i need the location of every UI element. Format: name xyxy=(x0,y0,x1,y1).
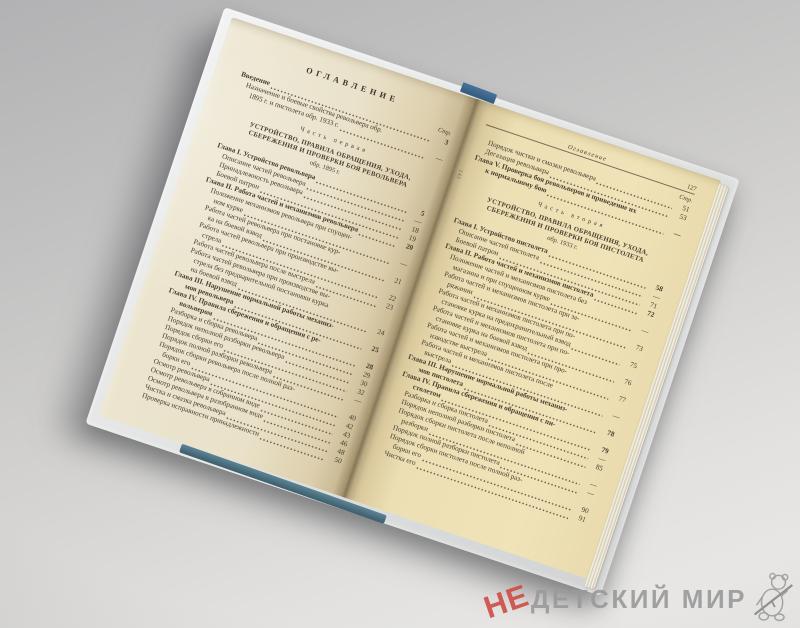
spine-number: 143 xyxy=(454,168,463,180)
watermark-main-text: ДЕТСКИЙ МИР xyxy=(531,584,747,615)
bear-outline xyxy=(756,574,787,621)
open-book: ОГЛАВЛЕНИЕ Стр. Введение3Назначение и бо… xyxy=(99,17,722,579)
teddy-bear-rifle-icon xyxy=(750,572,796,622)
watermark: НЕ ДЕТСКИЙ МИР xyxy=(483,572,796,626)
watermark-ne-text: НЕ xyxy=(479,577,533,626)
